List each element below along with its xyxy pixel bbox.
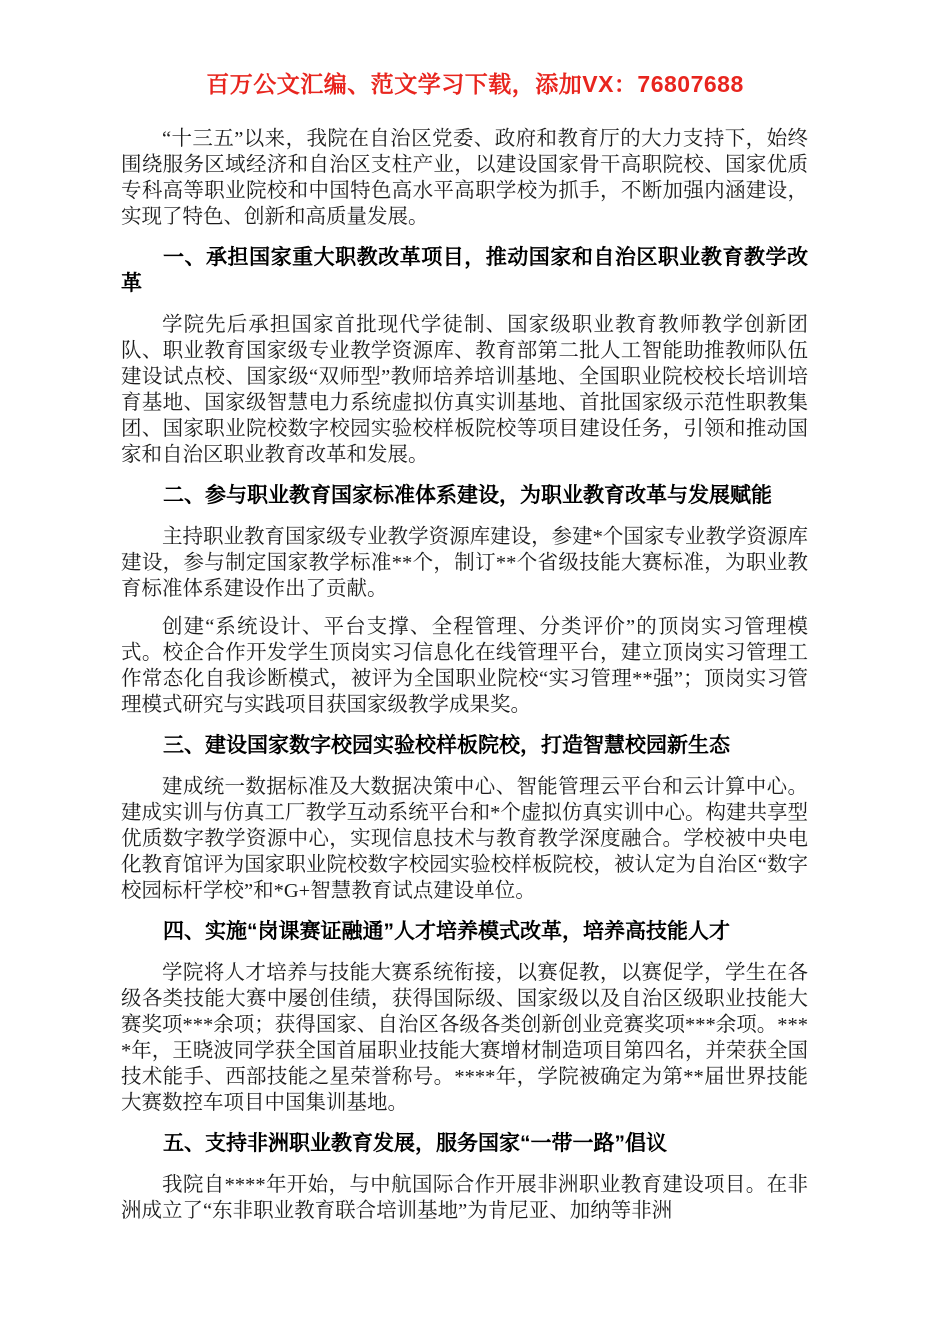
paragraph: 学院先后承担国家首批现代学徒制、国家级职业教育教师教学创新团队、职业教育国家级专… xyxy=(121,312,808,468)
section-heading-3: 三、建设国家数字校园实验校样板院校，打造智慧校园新生态 xyxy=(121,733,808,759)
promo-banner: 百万公文汇编、范文学习下载，添加VX：76807688 xyxy=(0,66,950,99)
document-body: “十三五”以来，我院在自治区党委、政府和教育厅的大力支持下，始终围绕服务区域经济… xyxy=(121,126,808,1224)
paragraph: 建成统一数据标准及大数据决策中心、智能管理云平台和云计算中心。建成实训与仿真工厂… xyxy=(121,774,808,904)
document-page: 百万公文汇编、范文学习下载，添加VX：76807688 “十三五”以来，我院在自… xyxy=(0,0,950,1344)
paragraph: 学院将人才培养与技能大赛系统衔接，以赛促教，以赛促学，学生在各级各类技能大赛中屡… xyxy=(121,960,808,1116)
paragraph: 我院自****年开始，与中航国际合作开展非洲职业教育建设项目。在非洲成立了“东非… xyxy=(121,1172,808,1224)
paragraph: “十三五”以来，我院在自治区党委、政府和教育厅的大力支持下，始终围绕服务区域经济… xyxy=(121,126,808,230)
section-heading-1: 一、承担国家重大职教改革项目，推动国家和自治区职业教育教学改革 xyxy=(121,245,808,297)
section-heading-5: 五、支持非洲职业教育发展，服务国家“一带一路”倡议 xyxy=(121,1131,808,1157)
paragraph: 创建“系统设计、平台支撑、全程管理、分类评价”的顶岗实习管理模式。校企合作开发学… xyxy=(121,614,808,718)
section-heading-4: 四、实施“岗课赛证融通”人才培养模式改革，培养高技能人才 xyxy=(121,919,808,945)
section-heading-2: 二、参与职业教育国家标准体系建设，为职业教育改革与发展赋能 xyxy=(121,483,808,509)
paragraph: 主持职业教育国家级专业教学资源库建设，参建*个国家专业教学资源库建设，参与制定国… xyxy=(121,524,808,602)
